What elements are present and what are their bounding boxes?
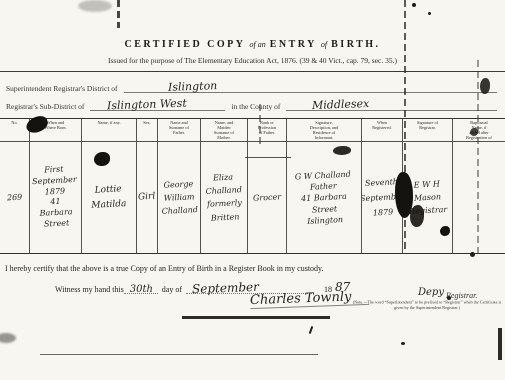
witness-prefix: Witness my hand this bbox=[55, 285, 124, 294]
smudge bbox=[0, 333, 16, 343]
column-entry: George William Challand bbox=[158, 142, 200, 253]
column-entry: Eliza Challand formerly Britten bbox=[201, 142, 247, 253]
column-entry: First September 1879 41 Barbara Street bbox=[30, 142, 81, 253]
speck bbox=[428, 12, 431, 15]
column-header: When Registered. bbox=[362, 119, 402, 142]
entry-sex: Girl bbox=[138, 190, 156, 206]
column-header-text: Sex. bbox=[142, 119, 152, 130]
title-small: of an bbox=[250, 40, 266, 49]
entry-informant: G W Challand Father 41 Barbara Street Is… bbox=[295, 168, 354, 227]
column-entry bbox=[453, 142, 505, 253]
county-label: in the County of bbox=[225, 102, 286, 111]
title-caps: ENTRY bbox=[270, 39, 317, 50]
edge-mark bbox=[498, 328, 502, 360]
handwritten-county: Middlesex bbox=[311, 97, 369, 112]
column-entry: Lottie Matilda bbox=[82, 142, 136, 253]
handwritten-signature-title: Depy bbox=[418, 287, 444, 298]
title-small: of bbox=[321, 40, 327, 49]
column-entry: Girl bbox=[137, 142, 157, 253]
column-header: Rank or Profession of Father. bbox=[248, 119, 286, 142]
handwritten-district: Islington bbox=[168, 79, 218, 94]
column-header-text: When Registered. bbox=[372, 119, 392, 130]
column-header-text: Signature, Description, and Residence of… bbox=[306, 119, 343, 130]
certificate-page: CERTIFIED COPY of an ENTRY of BIRTH. Iss… bbox=[0, 0, 505, 380]
document-subtitle: Issued for the purpose of The Elementary… bbox=[0, 56, 505, 65]
column-header-text: No. bbox=[7, 119, 22, 130]
fill-in-line: 30th bbox=[124, 282, 158, 294]
table-column-father: Name and Surname of Father. George Willi… bbox=[158, 119, 201, 253]
witness-mid: day of bbox=[158, 285, 186, 294]
table-column-registrar-signature: Signature of Registrar. E W H Mason Regi… bbox=[403, 119, 453, 253]
handwritten-sub-district: Islington West bbox=[106, 97, 186, 113]
column-header-text: Rank or Profession of Father. bbox=[258, 119, 277, 130]
table-column-mother: Name, and Maiden Surname of Mother. Eliz… bbox=[201, 119, 248, 253]
column-header-text: When and Where Born. bbox=[43, 119, 69, 130]
entry-mother-name: Eliza Challand formerly Britten bbox=[205, 170, 244, 225]
document-title: CERTIFIED COPY of an ENTRY of BIRTH. bbox=[0, 34, 505, 52]
column-entry: 269 bbox=[0, 142, 29, 253]
smudge bbox=[78, 0, 112, 12]
speck bbox=[401, 342, 405, 345]
column-header: Signature of Registrar. bbox=[403, 119, 452, 142]
entry-child-name: Lottie Matilda bbox=[91, 182, 128, 213]
footnote: (Note.—The word “Superintendent” to be p… bbox=[352, 300, 502, 321]
entry-when-registered: Seventh September 1879 bbox=[362, 174, 402, 222]
column-header-text: Name and Surname of Father. bbox=[169, 119, 190, 130]
table-column-name: Name, if any. Lottie Matilda bbox=[82, 119, 137, 253]
column-header: Name, and Maiden Surname of Mother. bbox=[201, 119, 247, 142]
certify-statement: I hereby certify that the above is a tru… bbox=[5, 264, 324, 273]
fold-line bbox=[40, 354, 318, 355]
sub-district-label: Registrar's Sub-District of bbox=[6, 102, 90, 111]
title-caps: BIRTH. bbox=[331, 39, 380, 50]
birth-register-table: No. 269 When and Where Born. First Septe… bbox=[0, 118, 505, 254]
fill-in-line: Islington bbox=[124, 80, 497, 93]
vertical-crease bbox=[117, 0, 120, 28]
table-column-rank-profession: Rank or Profession of Father. Grocer bbox=[248, 119, 287, 253]
entry-number: 269 bbox=[7, 191, 23, 205]
table-column-when-where-born: When and Where Born. First September 187… bbox=[30, 119, 82, 253]
fill-in-line: Middlesex bbox=[286, 98, 497, 111]
column-header: Signature, Description, and Residence of… bbox=[287, 119, 361, 142]
table-column-informant: Signature, Description, and Residence of… bbox=[287, 119, 362, 253]
column-entry: Seventh September 1879 bbox=[362, 142, 402, 253]
speck bbox=[309, 326, 314, 334]
column-header-text: Baptismal Name, if added after Registrat… bbox=[466, 119, 492, 130]
handwritten-day: 30th bbox=[130, 284, 153, 295]
column-header-text: Name, and Maiden Surname of Mother. bbox=[213, 119, 236, 130]
column-header: Sex. bbox=[137, 119, 157, 142]
title-caps: CERTIFIED COPY bbox=[124, 39, 245, 50]
table-column-sex: Sex. Girl bbox=[137, 119, 158, 253]
column-entry: G W Challand Father 41 Barbara Street Is… bbox=[287, 142, 361, 253]
superintendent-district-line: Superintendent Registrar's District of I… bbox=[6, 80, 497, 93]
column-header: No. bbox=[0, 119, 29, 142]
column-header: Name and Surname of Father. bbox=[158, 119, 200, 142]
column-header: Baptismal Name, if added after Registrat… bbox=[453, 119, 505, 142]
fold-line bbox=[182, 316, 330, 319]
speck bbox=[412, 3, 416, 7]
column-header-text: Name, if any. bbox=[96, 119, 123, 130]
entry-registrar-signature: E W H Mason Registrar bbox=[403, 176, 452, 218]
sub-district-line: Registrar's Sub-District of Islington We… bbox=[6, 98, 497, 111]
column-entry: E W H Mason Registrar bbox=[403, 142, 452, 253]
entry-father-name: George William Challand bbox=[160, 177, 198, 218]
district-label: Superintendent Registrar's District of bbox=[6, 84, 124, 93]
entry-when-where-born: First September 1879 41 Barbara Street bbox=[32, 164, 80, 231]
footnote-text: (Note.—The word “Superintendent” to be p… bbox=[352, 300, 502, 311]
registrar-title-printed: Registrar. bbox=[446, 291, 477, 300]
table-column-number: No. 269 bbox=[0, 119, 30, 253]
column-entry: Grocer bbox=[248, 142, 286, 253]
table-column-baptismal-name: Baptismal Name, if added after Registrat… bbox=[453, 119, 505, 253]
column-header: When and Where Born. bbox=[30, 119, 81, 142]
fill-in-line: Islington West bbox=[90, 98, 225, 111]
horizontal-rule bbox=[0, 71, 505, 72]
column-header-text: Signature of Registrar. bbox=[415, 119, 440, 130]
table-column-when-registered: When Registered. Seventh September 1879 bbox=[362, 119, 403, 253]
entry-father-profession: Grocer bbox=[253, 190, 282, 205]
column-header: Name, if any. bbox=[82, 119, 136, 142]
